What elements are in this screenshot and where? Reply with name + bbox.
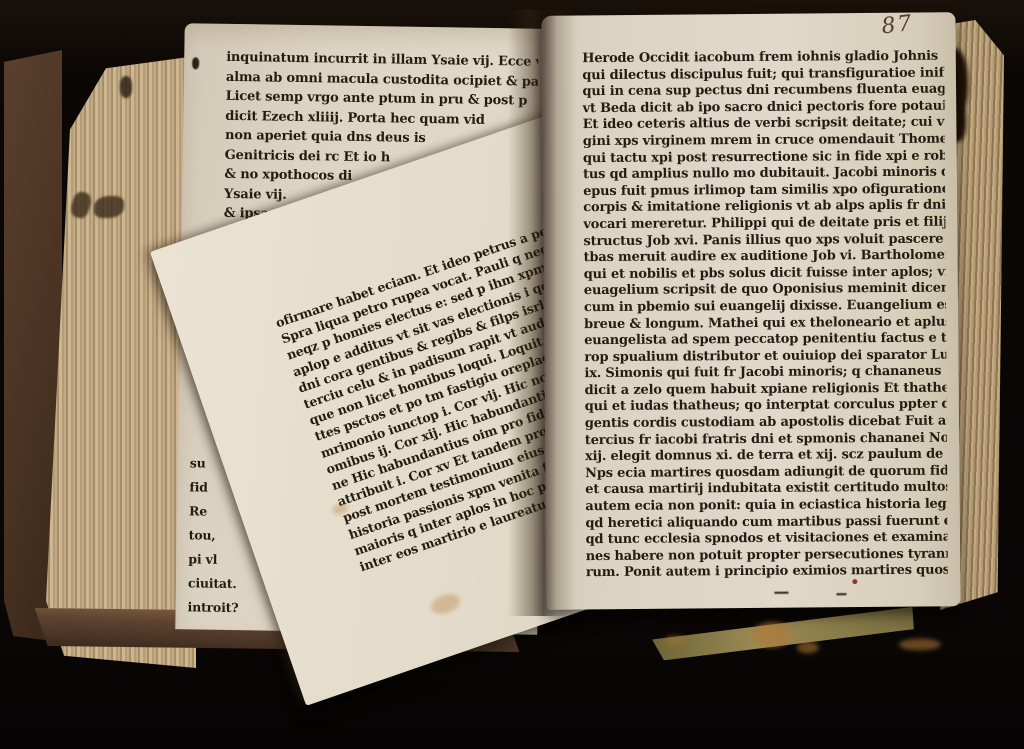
book-photo: inquinatum incurrit in illam Ysaie vij. … [0, 0, 1024, 749]
ink-speck [836, 593, 846, 595]
right-page-text-block: Herode Occidit iacobum frem iohnis gladi… [582, 49, 948, 583]
text-line: cum in pbemio sui euangelij dixisse. Eua… [584, 298, 946, 317]
right-page: 87 Herode Occidit iacobum frem iohnis gl… [541, 12, 960, 610]
text-line: autem ecia non ponit: quia in eciastica … [585, 497, 947, 516]
text-line: rum. Ponit autem i principio eximios mar… [586, 563, 948, 582]
text-line: gentis cordis custodiam ab apostolis dic… [585, 414, 947, 433]
text-line: euangelista ad spem peccatop penitentiu … [584, 331, 946, 350]
text-line: vocari mereretur. Philippi qui de deitat… [583, 215, 945, 234]
fragment-line: ciuitat. [188, 571, 258, 596]
text-line: Herode Occidit iacobum frem iohnis gladi… [582, 49, 944, 68]
fragment-line: pi vl [188, 547, 258, 572]
ink-fleck [192, 57, 199, 69]
folio-number: 87 [880, 11, 915, 39]
edge-ink-fleck [120, 76, 132, 98]
ink-speck [774, 592, 788, 594]
text-line: gini xps virginem mrem in cruce omendaui… [583, 132, 945, 151]
foxing-stain [797, 641, 819, 653]
red-ink-dot [852, 579, 857, 584]
fragment-line: introit? [187, 595, 257, 620]
edge-ink-mark [69, 190, 93, 220]
foxing-stain [899, 638, 941, 650]
edge-ink-mark [94, 196, 124, 218]
foxing-stain [429, 591, 463, 618]
left-page-block-edges [46, 56, 196, 668]
